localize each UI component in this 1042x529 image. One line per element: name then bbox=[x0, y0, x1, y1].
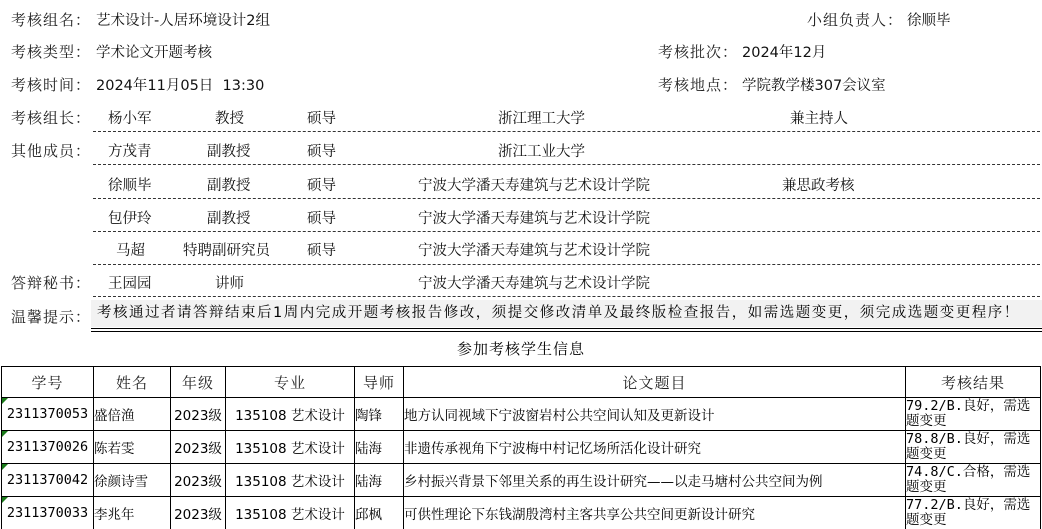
cell-advisor[interactable]: 陆海 bbox=[355, 431, 404, 464]
cell-name[interactable]: 徐颜诗雪 bbox=[94, 464, 171, 497]
cell-grade[interactable]: 2023级 bbox=[171, 464, 226, 497]
time-value: 2024年11月05日 13:30 bbox=[96, 74, 264, 95]
member-title: 副教授 bbox=[207, 140, 251, 161]
member-title: 副教授 bbox=[207, 207, 251, 228]
group-name-value: 艺术设计-人居环境设计2组 bbox=[96, 9, 270, 30]
cell-name[interactable]: 李兆年 bbox=[94, 497, 171, 529]
col-header-thesis[interactable]: 论文题目 bbox=[404, 367, 906, 398]
table-row: 2311370042 徐颜诗雪 2023级 135108 艺术设计 陆海 乡村振… bbox=[2, 464, 1041, 497]
member-supervisor: 硕导 bbox=[307, 107, 336, 128]
member-institution: 宁波大学潘天寿建筑与艺术设计学院 bbox=[418, 272, 650, 293]
cell-grade[interactable]: 2023级 bbox=[171, 497, 226, 529]
student-id: 2311370033 bbox=[7, 505, 88, 521]
dashed-divider bbox=[93, 231, 1040, 232]
secretary-label: 答辩秘书： bbox=[11, 272, 91, 293]
cell-major[interactable]: 135108 艺术设计 bbox=[226, 464, 355, 497]
number-as-text-indicator-icon bbox=[2, 398, 8, 404]
member-name: 马超 bbox=[116, 239, 145, 260]
member-institution: 宁波大学潘天寿建筑与艺术设计学院 bbox=[418, 239, 650, 260]
student-id: 2311370053 bbox=[7, 406, 88, 422]
col-header-grade[interactable]: 年级 bbox=[171, 367, 226, 398]
cell-thesis[interactable]: 乡村振兴背景下邻里关系的再生设计研究——以走马塘村公共空间为例 bbox=[404, 464, 906, 497]
member-supervisor: 硕导 bbox=[307, 174, 336, 195]
batch-value: 2024年12月 bbox=[742, 41, 826, 62]
cell-grade[interactable]: 2023级 bbox=[171, 431, 226, 464]
cell-name[interactable]: 陈若雯 bbox=[94, 431, 171, 464]
cell-result[interactable]: 78.8/B.良好，需选题变更 bbox=[906, 431, 1041, 464]
double-rule-bottom bbox=[91, 331, 1042, 332]
dashed-divider bbox=[93, 164, 1040, 165]
table-row: 2311370053 盛倍渔 2023级 135108 艺术设计 陶锋 地方认同… bbox=[2, 398, 1041, 431]
table-row: 2311370026 陈若雯 2023级 135108 艺术设计 陆海 非遗传承… bbox=[2, 431, 1041, 464]
member-name: 徐顺毕 bbox=[108, 174, 152, 195]
col-header-advisor[interactable]: 导师 bbox=[355, 367, 404, 398]
member-supervisor: 硕导 bbox=[307, 239, 336, 260]
cell-advisor[interactable]: 陶锋 bbox=[355, 398, 404, 431]
member-title: 教授 bbox=[215, 107, 244, 128]
member-role: 兼思政考核 bbox=[782, 174, 855, 195]
cell-result[interactable]: 74.8/C.合格，需选题变更 bbox=[906, 464, 1041, 497]
member-institution: 宁波大学潘天寿建筑与艺术设计学院 bbox=[418, 207, 650, 228]
chair-label: 考核组长： bbox=[11, 107, 91, 128]
students-section-title: 参加考核学生信息 bbox=[0, 338, 1042, 359]
dashed-divider bbox=[93, 198, 1040, 199]
batch-label: 考核批次： bbox=[658, 41, 738, 62]
notice-label: 温馨提示： bbox=[11, 306, 91, 327]
type-value: 学术论文开题考核 bbox=[96, 41, 212, 62]
leader-label: 小组负责人： bbox=[807, 9, 903, 30]
double-rule-top bbox=[91, 328, 1042, 329]
cell-grade[interactable]: 2023级 bbox=[171, 398, 226, 431]
cell-thesis[interactable]: 可供性理论下东钱湖殷湾村主客共享公共空间更新设计研究 bbox=[404, 497, 906, 529]
notice-text: 考核通过者请答辩结束后1周内完成开题考核报告修改，须提交修改清单及最终版检查报告… bbox=[91, 300, 1042, 327]
cell-major[interactable]: 135108 艺术设计 bbox=[226, 398, 355, 431]
member-institution: 浙江工业大学 bbox=[498, 140, 585, 161]
cell-thesis[interactable]: 地方认同视域下宁波窗岩村公共空间认知及更新设计 bbox=[404, 398, 906, 431]
cell-major[interactable]: 135108 艺术设计 bbox=[226, 431, 355, 464]
dashed-divider bbox=[93, 264, 1040, 265]
cell-thesis[interactable]: 非遗传承视角下宁波梅中村记忆场所活化设计研究 bbox=[404, 431, 906, 464]
cell-id[interactable]: 2311370026 bbox=[2, 431, 94, 464]
member-supervisor: 硕导 bbox=[307, 207, 336, 228]
time-label: 考核时间： bbox=[11, 74, 91, 95]
students-table: 学号 姓名 年级 专业 导师 论文题目 考核结果 2311370053 盛倍渔 … bbox=[1, 366, 1041, 529]
member-name: 王园园 bbox=[108, 272, 152, 293]
cell-id[interactable]: 2311370042 bbox=[2, 464, 94, 497]
dashed-divider bbox=[93, 131, 1040, 132]
student-id: 2311370042 bbox=[7, 472, 88, 488]
table-row: 2311370033 李兆年 2023级 135108 艺术设计 邱枫 可供性理… bbox=[2, 497, 1041, 529]
cell-id[interactable]: 2311370053 bbox=[2, 398, 94, 431]
cell-id[interactable]: 2311370033 bbox=[2, 497, 94, 529]
number-as-text-indicator-icon bbox=[2, 431, 8, 437]
col-header-major[interactable]: 专业 bbox=[226, 367, 355, 398]
cell-major[interactable]: 135108 艺术设计 bbox=[226, 497, 355, 529]
member-institution: 浙江理工大学 bbox=[498, 107, 585, 128]
location-label: 考核地点： bbox=[658, 74, 738, 95]
cell-name[interactable]: 盛倍渔 bbox=[94, 398, 171, 431]
cell-advisor[interactable]: 邱枫 bbox=[355, 497, 404, 529]
member-title: 特聘副研究员 bbox=[183, 239, 270, 260]
col-header-result[interactable]: 考核结果 bbox=[906, 367, 1041, 398]
member-name: 包伊玲 bbox=[108, 207, 152, 228]
number-as-text-indicator-icon bbox=[2, 497, 8, 503]
cell-result[interactable]: 79.2/B.良好，需选题变更 bbox=[906, 398, 1041, 431]
member-name: 杨小军 bbox=[108, 107, 152, 128]
member-role: 兼主持人 bbox=[790, 107, 848, 128]
leader-value: 徐顺毕 bbox=[907, 9, 951, 30]
member-name: 方茂青 bbox=[108, 140, 152, 161]
member-supervisor: 硕导 bbox=[307, 140, 336, 161]
members-label: 其他成员： bbox=[11, 140, 91, 161]
cell-result[interactable]: 77.2/B.良好，需选题变更 bbox=[906, 497, 1041, 529]
col-header-name[interactable]: 姓名 bbox=[94, 367, 171, 398]
member-institution: 宁波大学潘天寿建筑与艺术设计学院 bbox=[418, 174, 650, 195]
member-title: 副教授 bbox=[207, 174, 251, 195]
group-name-label: 考核组名： bbox=[11, 9, 91, 30]
member-title: 讲师 bbox=[215, 272, 244, 293]
dashed-divider bbox=[93, 296, 1040, 297]
number-as-text-indicator-icon bbox=[2, 464, 8, 470]
location-value: 学院教学楼307会议室 bbox=[742, 74, 886, 95]
student-id: 2311370026 bbox=[7, 439, 88, 455]
type-label: 考核类型： bbox=[11, 41, 91, 62]
table-header-row: 学号 姓名 年级 专业 导师 论文题目 考核结果 bbox=[2, 367, 1041, 398]
cell-advisor[interactable]: 陆海 bbox=[355, 464, 404, 497]
col-header-id[interactable]: 学号 bbox=[2, 367, 94, 398]
